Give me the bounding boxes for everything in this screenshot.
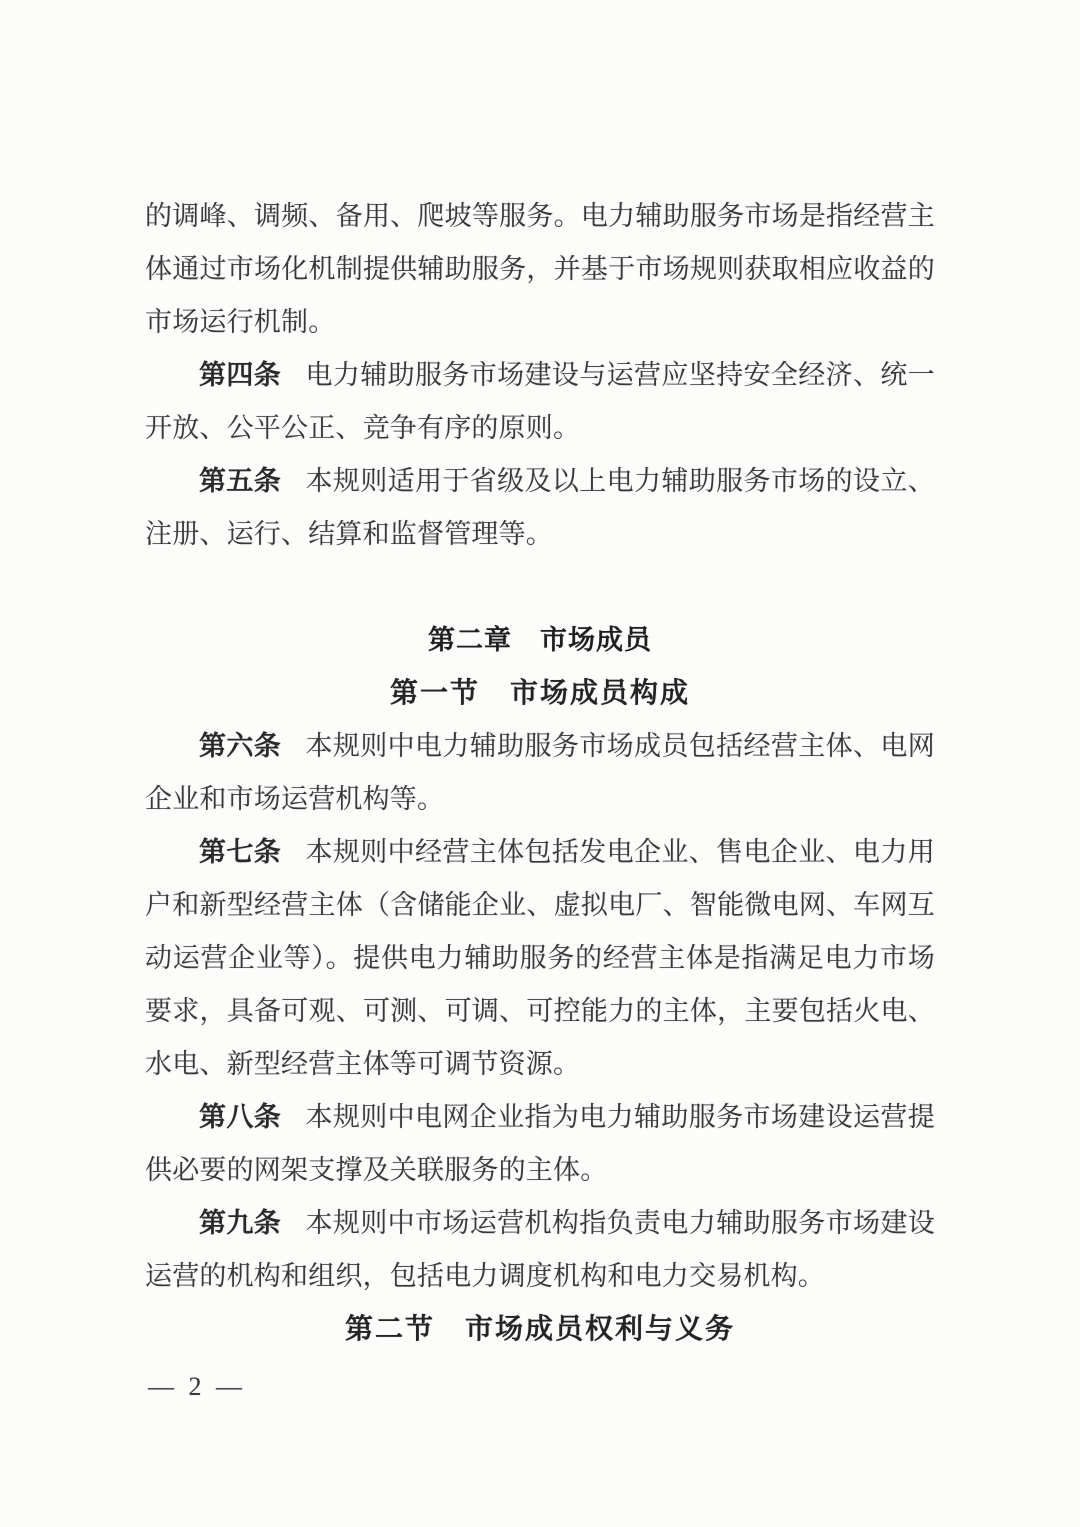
text-line: 第八条本规则中电网企业指为电力辅助服务市场建设运营提 — [145, 1091, 935, 1144]
line-text: 本规则中市场运营机构指负责电力辅助服务市场建设 — [305, 1208, 935, 1238]
document-content: 的调峰、调频、备用、爬坡等服务。电力辅助服务市场是指经营主体通过市场化机制提供辅… — [145, 190, 935, 1356]
line-text: 第一节 市场成员构成 — [390, 678, 690, 709]
text-line: 企业和市场运营机构等。 — [145, 773, 935, 826]
article-number: 第六条 — [199, 731, 281, 761]
text-line: 注册、运行、结算和监督管理等。 — [145, 508, 935, 561]
text-line: 运营的机构和组织，包括电力调度机构和电力交易机构。 — [145, 1250, 935, 1303]
line-text: 电力辅助服务市场建设与运营应坚持安全经济、统一 — [305, 360, 935, 390]
text-line: 第五条本规则适用于省级及以上电力辅助服务市场的设立、 — [145, 455, 935, 508]
article-number: 第五条 — [199, 466, 281, 496]
text-line: 市场运行机制。 — [145, 296, 935, 349]
line-text: 注册、运行、结算和监督管理等。 — [145, 519, 553, 549]
line-text: 第二章 市场成员 — [428, 625, 652, 655]
line-text: 开放、公平公正、竞争有序的原则。 — [145, 413, 580, 443]
section-heading: 第一节 市场成员构成 — [145, 667, 935, 720]
line-text: 市场运行机制。 — [145, 307, 335, 337]
text-line: 水电、新型经营主体等可调节资源。 — [145, 1038, 935, 1091]
line-text: 第二节 市场成员权利与义务 — [345, 1314, 735, 1345]
line-text: 户和新型经营主体（含储能企业、虚拟电厂、智能微电网、车网互 — [145, 890, 935, 920]
line-text: 水电、新型经营主体等可调节资源。 — [145, 1049, 580, 1079]
article-number: 第七条 — [199, 837, 281, 867]
line-text: 要求，具备可观、可测、可调、可控能力的主体，主要包括火电、 — [145, 996, 935, 1026]
text-line: 动运营企业等）。提供电力辅助服务的经营主体是指满足电力市场 — [145, 932, 935, 985]
line-text: 运营的机构和组织，包括电力调度机构和电力交易机构。 — [145, 1261, 825, 1291]
line-text: 企业和市场运营机构等。 — [145, 784, 444, 814]
line-text: 的调峰、调频、备用、爬坡等服务。电力辅助服务市场是指经营主 — [145, 201, 935, 231]
line-text: 本规则适用于省级及以上电力辅助服务市场的设立、 — [305, 466, 935, 496]
article-number: 第四条 — [199, 360, 281, 390]
text-line: 开放、公平公正、竞争有序的原则。 — [145, 402, 935, 455]
article-number: 第九条 — [199, 1208, 281, 1238]
text-line: 户和新型经营主体（含储能企业、虚拟电厂、智能微电网、车网互 — [145, 879, 935, 932]
text-line: 第七条本规则中经营主体包括发电企业、售电企业、电力用 — [145, 826, 935, 879]
line-text: 本规则中经营主体包括发电企业、售电企业、电力用 — [305, 837, 935, 867]
chapter-heading: 第二章 市场成员 — [145, 614, 935, 667]
text-line: 第四条电力辅助服务市场建设与运营应坚持安全经济、统一 — [145, 349, 935, 402]
text-line: 体通过市场化机制提供辅助服务，并基于市场规则获取相应收益的 — [145, 243, 935, 296]
page-number: — 2 — — [148, 1372, 246, 1402]
line-text: 动运营企业等）。提供电力辅助服务的经营主体是指满足电力市场 — [145, 943, 935, 973]
text-line: 要求，具备可观、可测、可调、可控能力的主体，主要包括火电、 — [145, 985, 935, 1038]
line-text: 本规则中电力辅助服务市场成员包括经营主体、电网 — [305, 731, 935, 761]
article-number: 第八条 — [199, 1102, 281, 1132]
text-line: 第九条本规则中市场运营机构指负责电力辅助服务市场建设 — [145, 1197, 935, 1250]
line-text: 体通过市场化机制提供辅助服务，并基于市场规则获取相应收益的 — [145, 254, 935, 284]
text-line: 供必要的网架支撑及关联服务的主体。 — [145, 1144, 935, 1197]
section-heading: 第二节 市场成员权利与义务 — [145, 1303, 935, 1356]
line-text: 本规则中电网企业指为电力辅助服务市场建设运营提 — [305, 1102, 935, 1132]
text-line: 的调峰、调频、备用、爬坡等服务。电力辅助服务市场是指经营主 — [145, 190, 935, 243]
line-text: 供必要的网架支撑及关联服务的主体。 — [145, 1155, 607, 1185]
text-line: 第六条本规则中电力辅助服务市场成员包括经营主体、电网 — [145, 720, 935, 773]
document-page: 的调峰、调频、备用、爬坡等服务。电力辅助服务市场是指经营主体通过市场化机制提供辅… — [0, 0, 1080, 1527]
